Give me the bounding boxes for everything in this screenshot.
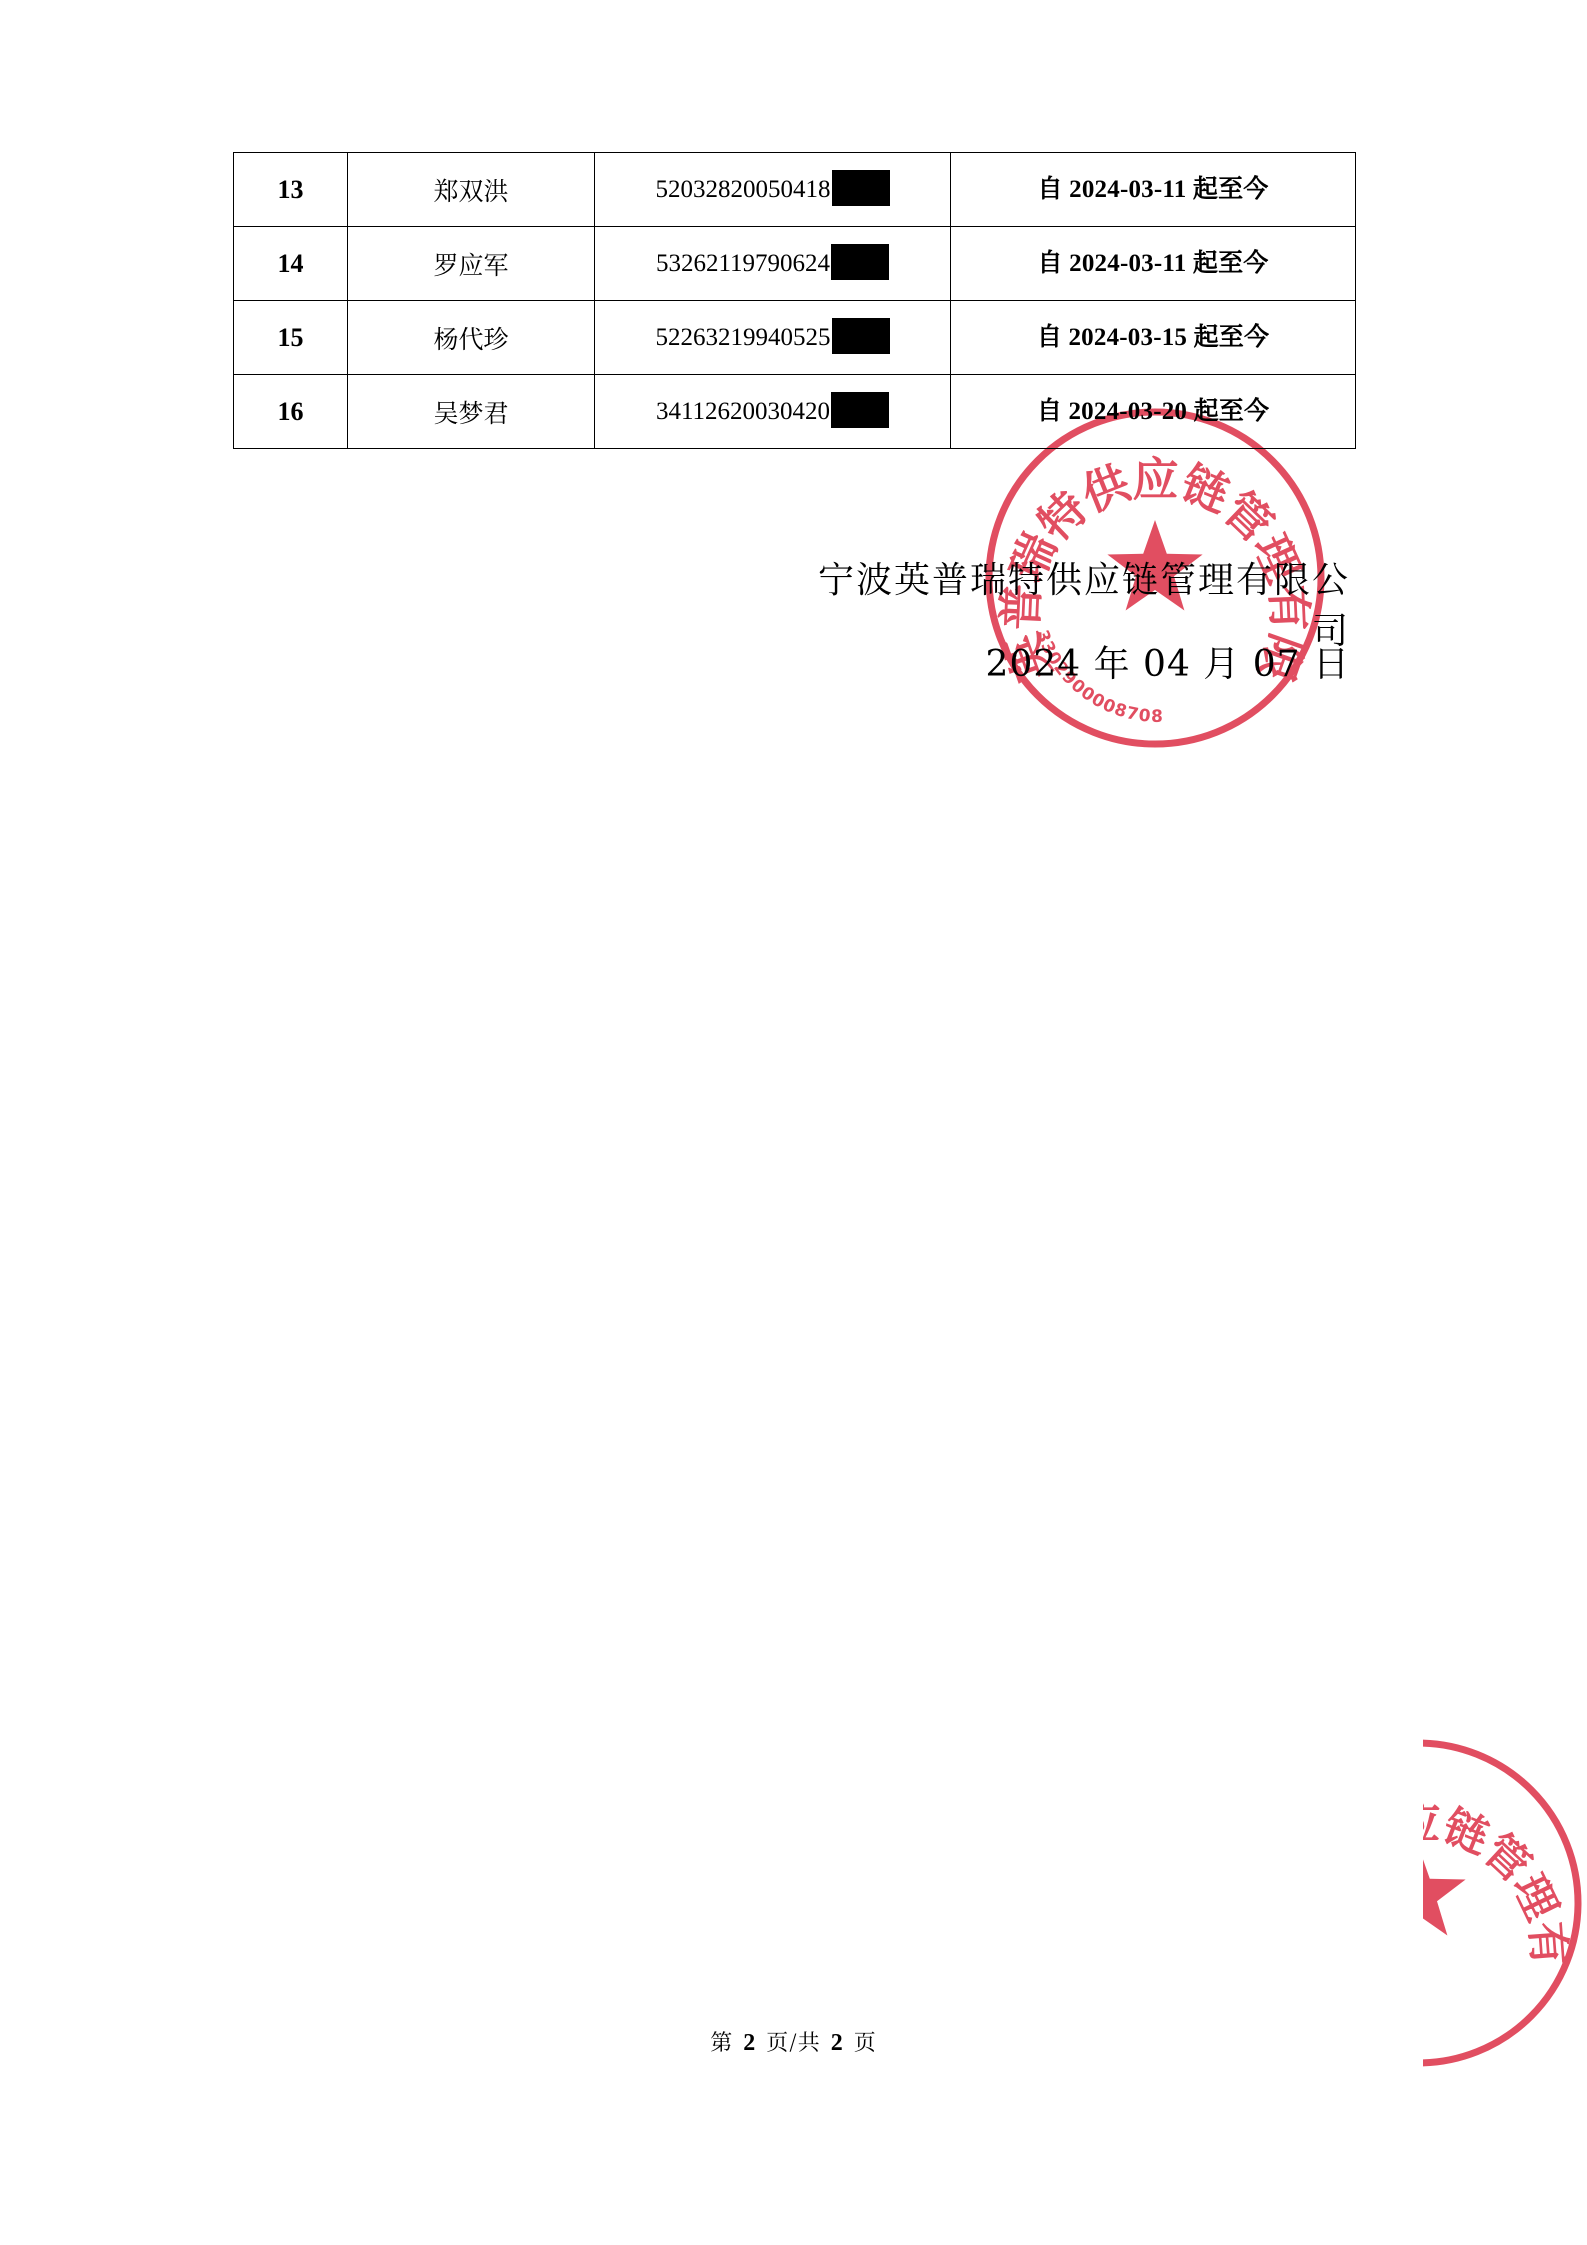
employment-period: 自 2024-03-11 起至今 (951, 227, 1356, 301)
redaction-block (831, 392, 889, 428)
id-number: 52263219940525 (656, 324, 831, 352)
period-text: 自 2024-03-15 起至今 (1037, 324, 1269, 351)
id-number: 53262119790624 (656, 250, 830, 278)
id-number-cell: 53262119790624 (595, 227, 951, 301)
employment-period: 自 2024-03-11 起至今 (951, 153, 1356, 227)
period-text: 自 2024-03-11 起至今 (1038, 250, 1269, 277)
redaction-block (832, 318, 890, 354)
employee-name: 吴梦君 (348, 375, 595, 449)
redaction-block (832, 170, 890, 206)
row-number: 13 (234, 153, 348, 227)
table-row: 14 罗应军 53262119790624 自 2024-03-11 起至今 (234, 227, 1356, 301)
id-number-cell: 34112620030420 (595, 375, 951, 449)
footer-suffix: 页 (854, 2031, 877, 2056)
signature-date: 2024 年 04 月 07 日 (980, 636, 1350, 687)
row-number: 15 (234, 301, 348, 375)
current-page-number: 2 (743, 2030, 756, 2056)
row-number: 16 (234, 375, 348, 449)
seal-graphic: 宁波英普瑞特供应链管理有限公司 (1423, 1738, 1587, 2068)
id-number-cell: 52263219940525 (595, 301, 951, 375)
employee-name: 郑双洪 (348, 153, 595, 227)
table-row: 13 郑双洪 52032820050418 自 2024-03-11 起至今 (234, 153, 1356, 227)
star-icon (1423, 1845, 1466, 1936)
table-row: 15 杨代珍 52263219940525 自 2024-03-15 起至今 (234, 301, 1356, 375)
footer-middle: 页/共 (766, 2031, 820, 2056)
id-number: 52032820050418 (656, 176, 831, 204)
id-number-cell: 52032820050418 (595, 153, 951, 227)
paging-seal: 宁波英普瑞特供应链管理有限公司 (1423, 1738, 1587, 2068)
employee-name: 杨代珍 (348, 301, 595, 375)
period-text: 自 2024-03-11 起至今 (1038, 176, 1269, 203)
redaction-block (831, 244, 889, 280)
id-number: 34112620030420 (656, 398, 830, 426)
employee-roster-table: 13 郑双洪 52032820050418 自 2024-03-11 起至今 1… (233, 152, 1356, 449)
row-number: 14 (234, 227, 348, 301)
employment-period: 自 2024-03-15 起至今 (951, 301, 1356, 375)
total-page-count: 2 (831, 2030, 844, 2056)
employee-name: 罗应军 (348, 227, 595, 301)
footer-prefix: 第 (710, 2031, 733, 2056)
page-footer: 第2页/共2页 (0, 2026, 1587, 2057)
